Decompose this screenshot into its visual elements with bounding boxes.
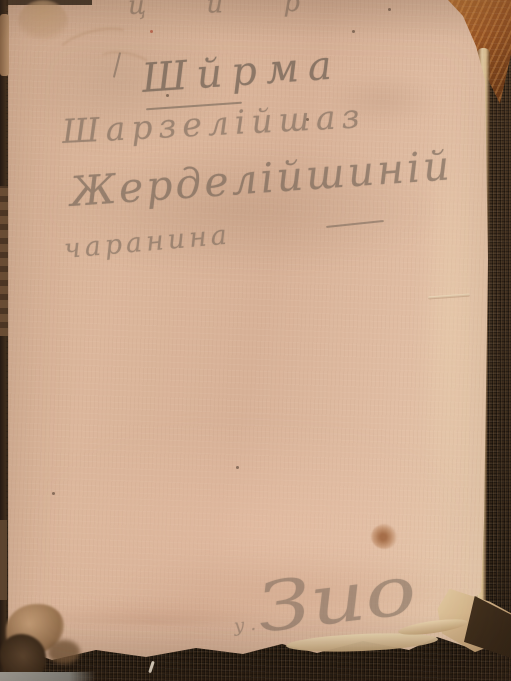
corner-damage [48, 640, 80, 664]
spine-chip [0, 186, 8, 336]
handwriting-top-letters: ц и р [128, 0, 327, 21]
bottom-gray-sliver [0, 672, 96, 681]
spine-chip [0, 14, 9, 76]
speck [388, 8, 391, 11]
top-left-wear [18, 0, 68, 44]
speck [52, 492, 55, 495]
red-speck [150, 30, 153, 33]
spine-chip [0, 520, 7, 600]
speck [236, 466, 239, 469]
brown-spot [371, 524, 398, 549]
signature-prefix: у . [233, 614, 257, 637]
book-cover-scan: ц и р Шйрма Шарзелійшаз Жерделійшиній ча… [0, 0, 511, 681]
speck [352, 30, 355, 33]
